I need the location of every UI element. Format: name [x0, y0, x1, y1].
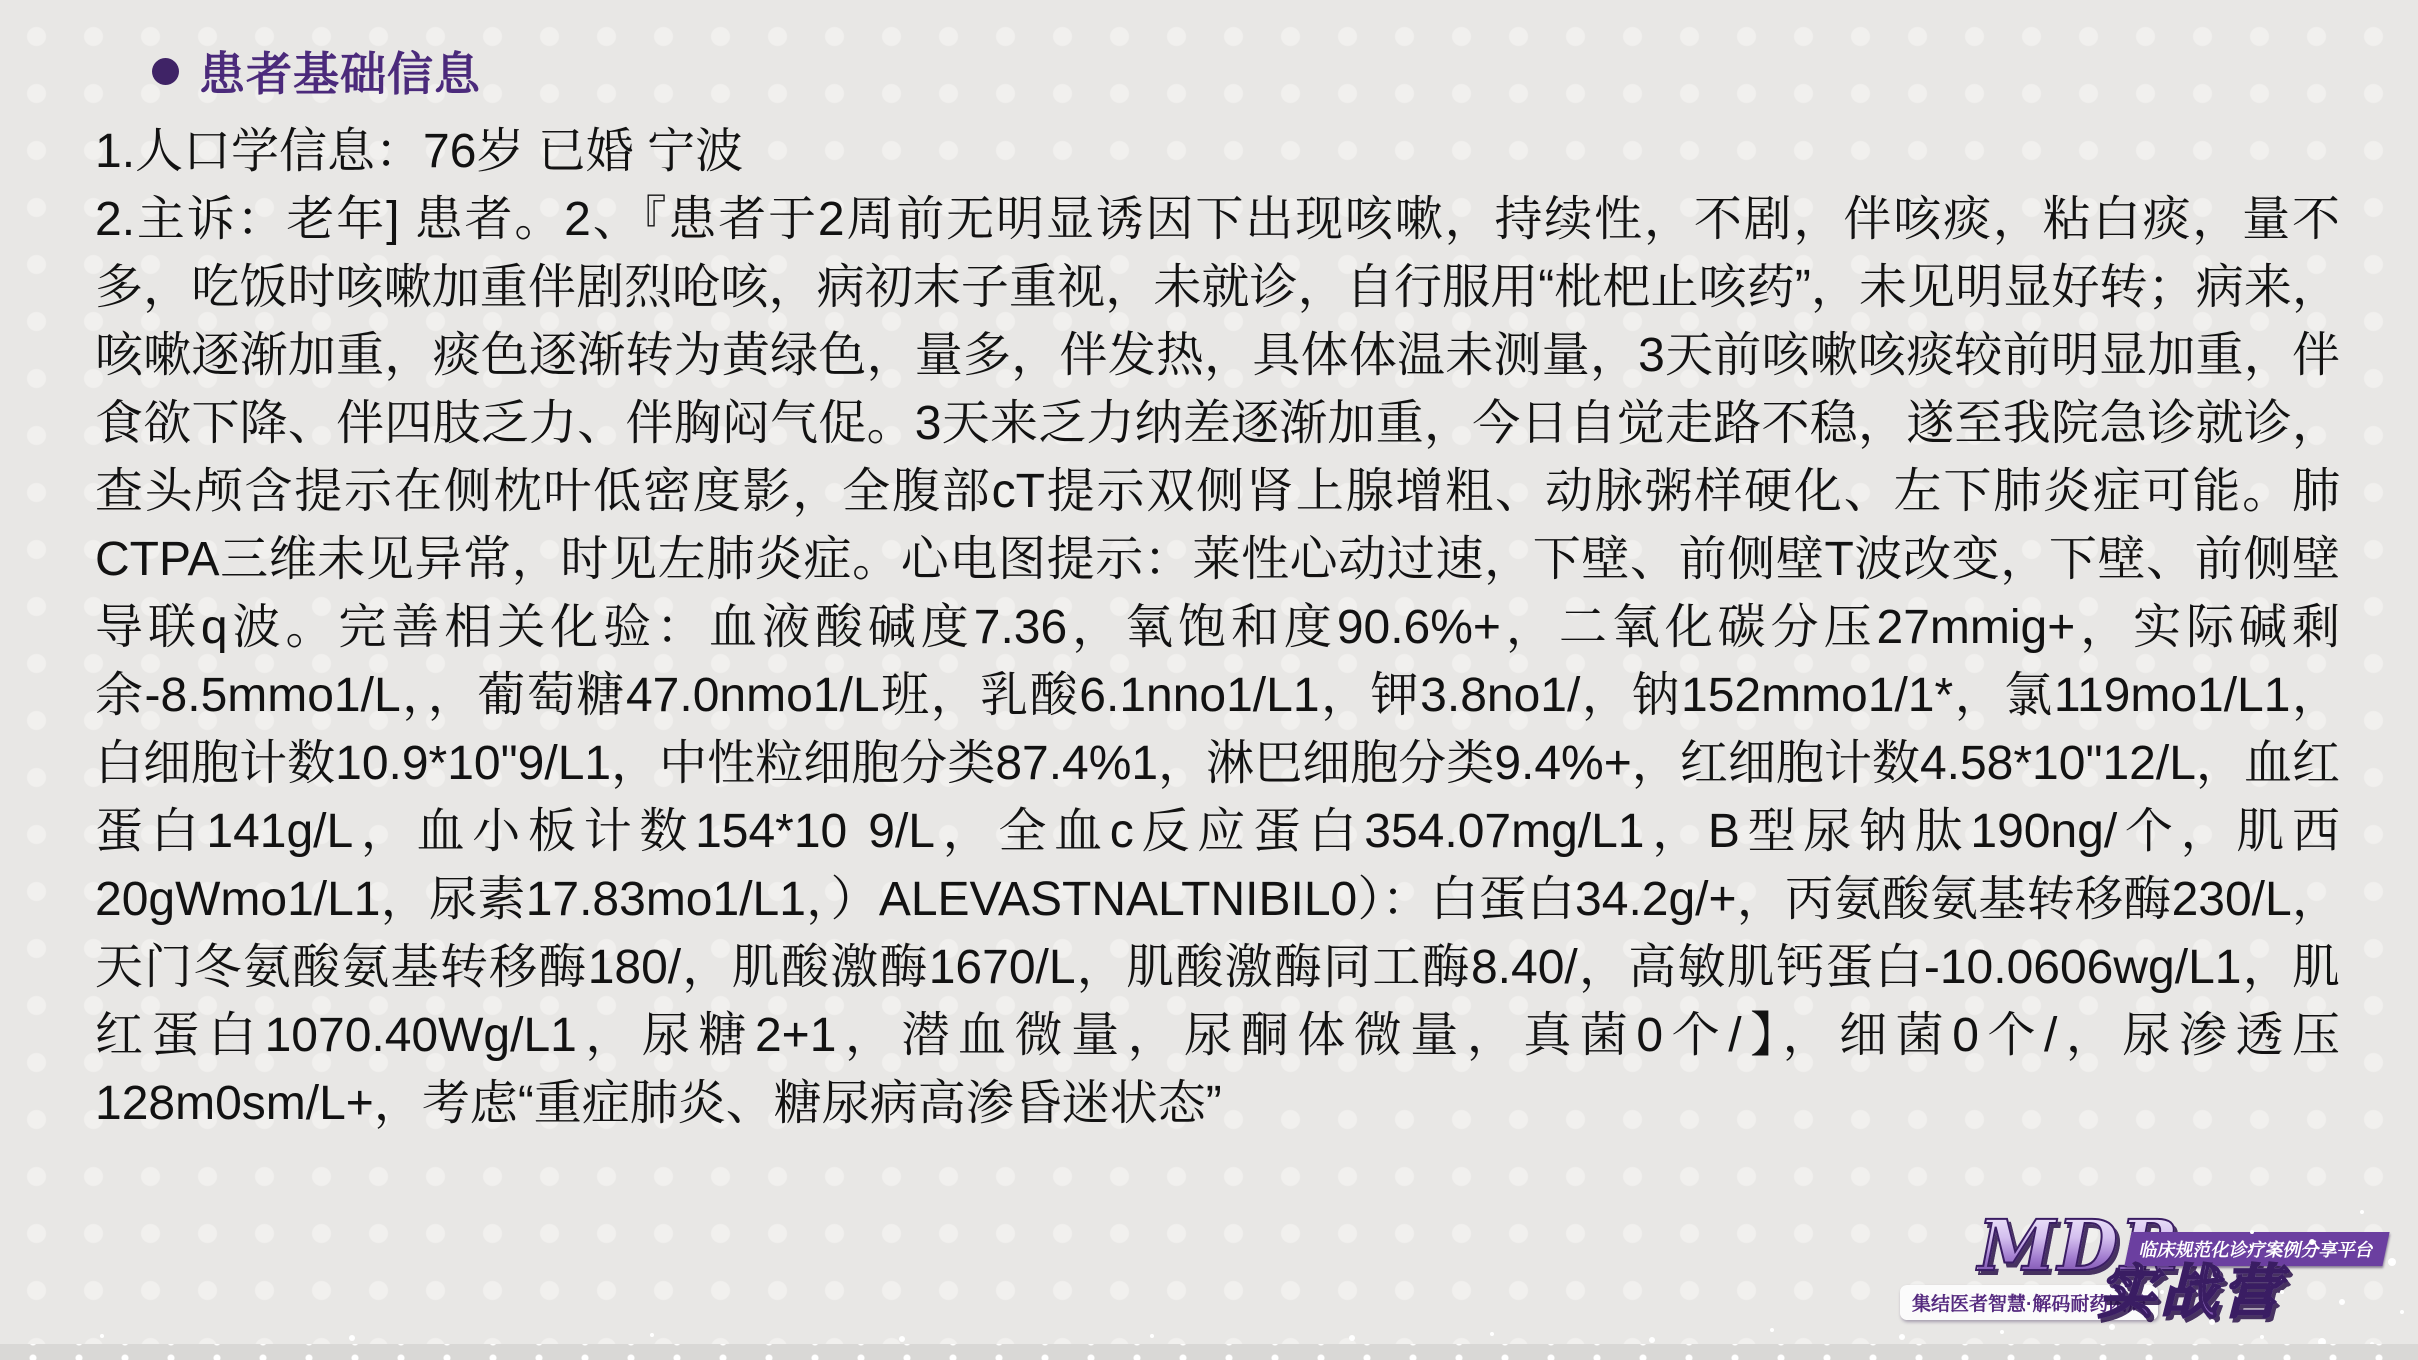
- bottom-edge-strip: [0, 1344, 2418, 1360]
- mdr-logo: MDR 临床规范化诊疗案例分享平台 集结医者智慧·解码耐药困局 实战营: [1900, 1205, 2370, 1355]
- bullet-icon: [152, 58, 179, 85]
- slide-title-row: 患者基础信息: [152, 38, 481, 104]
- patient-info-body: 1.人口学信息：76岁 已婚 宁波 2.主诉：老年] 患者。2、『患者于2周前无…: [95, 118, 2340, 1138]
- chief-complaint-paragraph: 2.主诉：老年] 患者。2、『患者于2周前无明显诱因下出现咳嗽，持续性，不剧，伴…: [95, 186, 2340, 1138]
- sparkle-dots-decoration: [2250, 1230, 2254, 1234]
- logo-camp-text: 实战营: [2098, 1263, 2284, 1321]
- page-title: 患者基础信息: [199, 38, 481, 104]
- slide-canvas: 患者基础信息 1.人口学信息：76岁 已婚 宁波 2.主诉：老年] 患者。2、『…: [0, 0, 2418, 1360]
- demographics-line: 1.人口学信息：76岁 已婚 宁波: [95, 118, 2340, 186]
